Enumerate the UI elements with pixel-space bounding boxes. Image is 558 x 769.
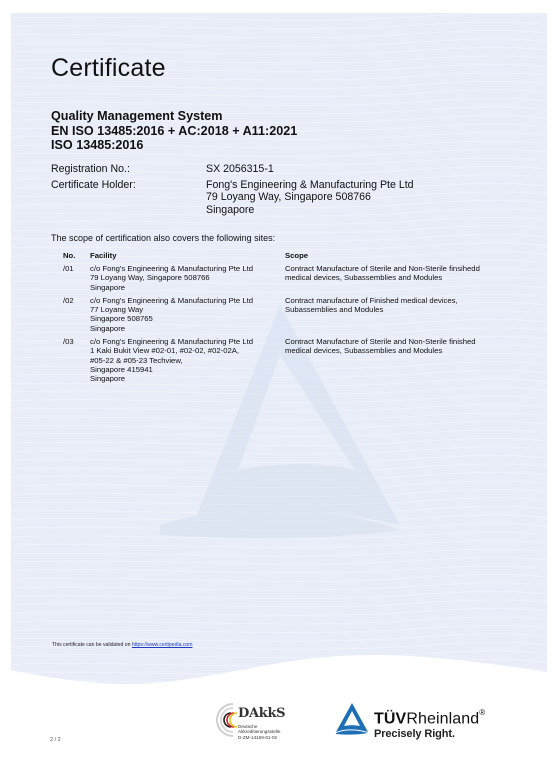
site-scope: Contract manufacture of Finished medical… <box>285 296 458 315</box>
dakks-logo: DAkkS Deutsche Akkreditierungsstelle D-Z… <box>215 700 315 748</box>
holder-line: Singapore <box>206 204 414 216</box>
validation-text: This certificate can be validated on <box>52 642 132 648</box>
header-scope: Scope <box>285 251 308 260</box>
validation-note: This certificate can be validated on htt… <box>52 642 192 648</box>
dakks-line: Akkreditierungsstelle <box>238 729 280 734</box>
tuv-tagline: Precisely Right. <box>374 728 455 740</box>
header-no: No. <box>63 251 75 260</box>
tuv-rheinland-logo: TÜVRheinland® Precisely Right. <box>334 700 504 745</box>
certificate-page: Certificate Quality Management System EN… <box>0 0 558 769</box>
tuv-triangle-icon <box>334 702 370 736</box>
site-facility: c/o Fong's Engineering & Manufacturing P… <box>90 337 253 383</box>
page-title: Certificate <box>51 54 166 83</box>
facility-line: 1 Kaki Bukit View #02-01, #02-02, #02-02… <box>90 346 253 355</box>
header-facility: Facility <box>90 251 117 260</box>
facility-line: Singapore 508765 <box>90 314 253 323</box>
facility-line: Singapore <box>90 374 253 383</box>
site-number: /03 <box>63 337 74 346</box>
standard-line: ISO 13485:2016 <box>51 138 297 153</box>
dakks-line: D-ZM-14169-01-02 <box>238 735 280 740</box>
standard-line: EN ISO 13485:2016 + AC:2018 + A11:2021 <box>51 124 297 139</box>
scope-line: Contract Manufacture of Sterile and Non-… <box>285 337 476 346</box>
dakks-name: DAkkS <box>238 706 285 721</box>
tuv-brand-regular: Rheinland <box>406 710 479 727</box>
site-facility: c/o Fong's Engineering & Manufacturing P… <box>90 296 253 333</box>
holder-line: Fong's Engineering & Manufacturing Pte L… <box>206 179 414 191</box>
site-scope: Contract Manufacture of Sterile and Non-… <box>285 264 480 283</box>
facility-line: c/o Fong's Engineering & Manufacturing P… <box>90 264 253 273</box>
facility-line: 79 Loyang Way, Singapore 508766 <box>90 273 253 282</box>
facility-line: c/o Fong's Engineering & Manufacturing P… <box>90 337 253 346</box>
dakks-details: Deutsche Akkreditierungsstelle D-ZM-1416… <box>238 724 280 740</box>
page-number: 2 / 2 <box>50 737 61 743</box>
holder-value: Fong's Engineering & Manufacturing Pte L… <box>206 179 414 216</box>
registered-mark: ® <box>479 708 485 717</box>
site-number: /01 <box>63 264 74 273</box>
tuv-brand-bold: TÜV <box>374 710 406 727</box>
site-scope: Contract Manufacture of Sterile and Non-… <box>285 337 476 356</box>
facility-line: Singapore 415941 <box>90 365 253 374</box>
facility-line: c/o Fong's Engineering & Manufacturing P… <box>90 296 253 305</box>
scope-line: Contract Manufacture of Sterile and Non-… <box>285 264 480 273</box>
tuv-brand: TÜVRheinland® <box>374 710 485 728</box>
holder-label: Certificate Holder: <box>51 179 136 191</box>
site-number: /02 <box>63 296 74 305</box>
registration-label: Registration No.: <box>51 163 130 175</box>
scope-line: Subassemblies and Modules <box>285 305 458 314</box>
holder-line: 79 Loyang Way, Singapore 508766 <box>206 191 414 203</box>
standard-line: Quality Management System <box>51 109 297 124</box>
site-facility: c/o Fong's Engineering & Manufacturing P… <box>90 264 253 292</box>
scope-intro: The scope of certification also covers t… <box>51 233 275 243</box>
facility-line: #05-22 & #05-23 Techview, <box>90 356 253 365</box>
scope-line: medical devices, Subassemblies and Modul… <box>285 346 476 355</box>
scope-line: Contract manufacture of Finished medical… <box>285 296 458 305</box>
registration-value: SX 2056315-1 <box>206 163 274 175</box>
standards-block: Quality Management System EN ISO 13485:2… <box>51 109 297 153</box>
scope-line: medical devices, Subassemblies and Modul… <box>285 273 480 282</box>
facility-line: Singapore <box>90 283 253 292</box>
facility-line: 77 Loyang Way <box>90 305 253 314</box>
certipedia-link[interactable]: https://www.certipedia.com <box>132 642 193 648</box>
facility-line: Singapore <box>90 324 253 333</box>
